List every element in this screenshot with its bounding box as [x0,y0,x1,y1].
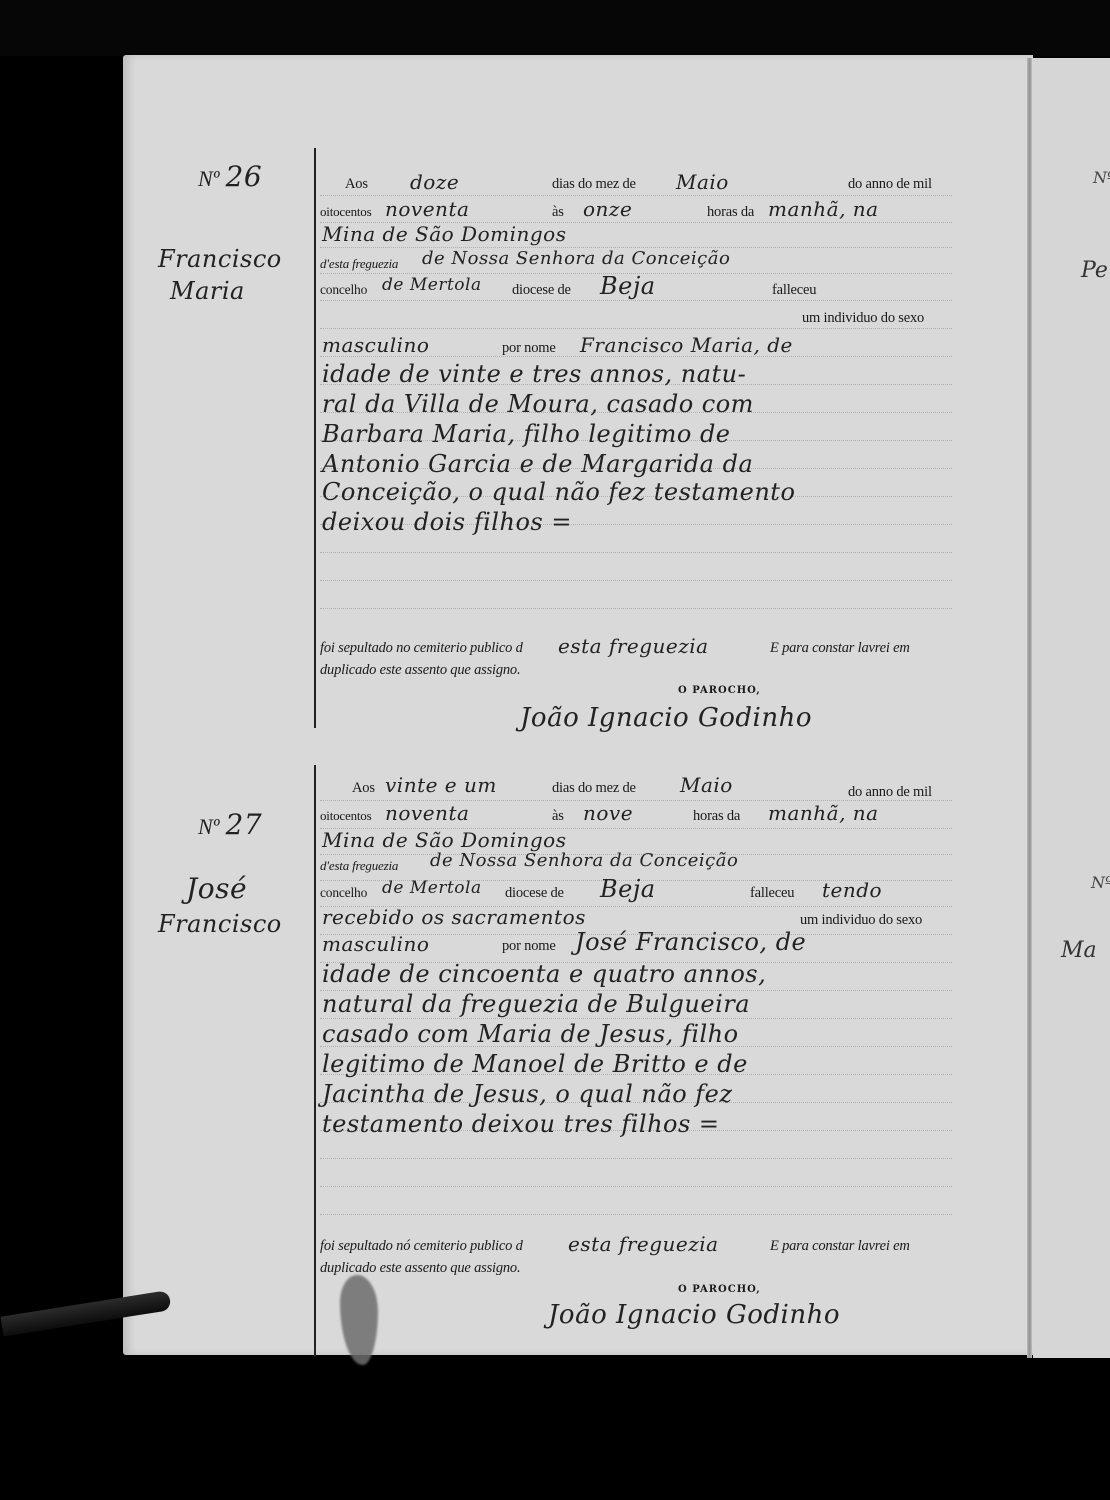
printed-text: diocese de [505,885,564,902]
book-spine [1027,58,1032,1358]
hand-day: doze [410,170,459,194]
facing-number-label-2: Nº [1091,873,1110,892]
printed-text: um individuo do sexo [800,912,922,929]
hand-place: Mina de São Domingos [322,222,566,246]
hand-line: idade de cincoenta e quatro annos, [322,960,766,988]
facing-name-fragment: Pe [1081,258,1108,283]
facing-name-fragment-2: Ma [1061,938,1097,963]
hand-sex: masculino [322,333,429,357]
printed-text: falleceu [772,282,816,299]
number-label: Nº [198,166,220,191]
hand-line: casado com Maria de Jesus, filho [322,1020,739,1048]
hand-parish: de Nossa Senhora da Conceição [422,248,730,269]
hand-time-of-day: manhã, na [768,801,879,825]
printed-text: oitocentos [320,808,371,824]
hand-time-of-day: manhã, na [768,197,879,221]
hand-note: tendo [822,878,882,902]
facing-page: Nº Pe Nº Ma [1033,58,1110,1358]
hand-hour: nove [583,801,633,825]
printed-text: um individuo do sexo [802,310,924,327]
hand-line: idade de vinte e tres annos, natu- [322,360,746,388]
margin-rule-entry-26 [314,148,316,728]
printed-text: às [552,204,564,221]
margin-name-line-2: Maria [170,277,245,305]
signature: João Ignacio Godinho [548,1300,840,1330]
hand-line: Conceição, o qual não fez testamento [322,478,795,506]
signature-title: O PAROCHO, [678,1284,761,1295]
printed-text: d'esta freguezia [320,858,398,874]
entry-number: Nº26 [198,160,262,193]
number-value: 27 [226,808,263,841]
hand-line: legitimo de Manoel de Britto e de [322,1050,748,1078]
hand-line: Barbara Maria, filho legitimo de [322,420,731,448]
printed-text: do anno de mil [848,784,932,801]
hand-line: Jacintha de Jesus, o qual não fez [322,1080,733,1108]
margin-name-line-1: José [186,872,247,905]
printed-burial-text: E para constar lavrei em [770,1238,910,1255]
hand-line: ral da Villa de Moura, casado com [322,390,754,418]
hand-line: testamento deixou tres filhos = [322,1110,720,1138]
printed-text: concelho [320,885,367,901]
hand-parish: de Nossa Senhora da Conceição [430,850,738,871]
printed-text: diocese de [512,282,571,299]
hand-month: Maio [680,773,733,797]
hand-month: Maio [676,170,729,194]
hand-line: natural da freguezia de Bulgueira [322,990,750,1018]
printed-text: d'esta freguezia [320,256,398,272]
signature-title: O PAROCHO, [678,685,761,696]
hand-diocese: Beja [600,272,656,300]
margin-rule-entry-27 [314,765,316,1357]
entry-number: Nº27 [198,808,262,841]
printed-text: do anno de mil [848,176,932,193]
hand-year: noventa [385,197,469,221]
printed-text: concelho [320,282,367,298]
signature: João Ignacio Godinho [520,703,812,733]
number-value: 26 [226,160,263,193]
printed-text: por nome [502,938,556,955]
hand-line: Antonio Garcia e de Margarida da [322,450,753,478]
hand-year: noventa [385,801,469,825]
printed-text: Aos [352,780,375,797]
margin-name-line-1: Francisco [158,245,282,273]
printed-text: Aos [345,176,368,193]
printed-text: oitocentos [320,204,371,220]
printed-burial-text: duplicado este assento que assigno. [320,1260,520,1277]
hand-burial-place: esta freguezia [568,1232,719,1256]
hand-place: Mina de São Domingos [322,828,566,852]
hand-municipality: de Mertola [382,275,482,295]
hand-line: deixou dois filhos = [322,508,572,536]
hand-diocese: Beja [600,875,656,903]
printed-text: horas da [693,808,740,825]
hand-burial-place: esta freguezia [558,634,709,658]
hand-day: vinte e um [385,773,497,797]
hand-sex: masculino [322,932,429,956]
printed-text: horas da [707,204,754,221]
hand-deceased-name: Francisco Maria, de [580,333,793,357]
hand-municipality: de Mertola [382,878,482,898]
margin-name-line-2: Francisco [158,910,282,938]
printed-burial-text: E para constar lavrei em [770,640,910,657]
facing-number-label: Nº [1093,168,1110,187]
hand-hour: onze [583,197,632,221]
hand-sacraments: recebido os sacramentos [322,905,586,929]
printed-text: dias do mez de [552,780,636,797]
printed-text: falleceu [750,885,794,902]
printed-burial-text: foi sepultado no cemiterio publico d [320,640,523,657]
printed-text: dias do mez de [552,176,636,193]
scan-background-top [0,0,1110,56]
printed-burial-text: duplicado este assento que assigno. [320,662,520,679]
hand-deceased-name: José Francisco, de [575,928,806,956]
printed-burial-text: foi sepultado nó cemiterio publico d [320,1238,523,1255]
number-label: Nº [198,814,220,839]
printed-text: por nome [502,340,556,357]
printed-text: às [552,808,564,825]
